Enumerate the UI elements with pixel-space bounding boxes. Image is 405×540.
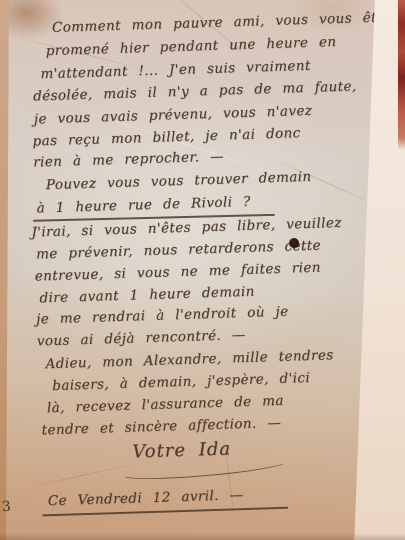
handwritten-line: désolée, mais il n'y a pas de ma faute, (33, 78, 357, 104)
photo-bottom-shadow (0, 533, 405, 540)
ink-blot (289, 238, 299, 248)
handwritten-line: entrevue, si vous ne me faites rien (35, 260, 322, 285)
handwritten-line: Comment mon pauvre ami, vous vous êtes (52, 9, 393, 36)
red-book-edge (398, 0, 405, 150)
handwritten-line: je vous avais prévenu, vous n'avez (34, 103, 313, 128)
letter-paper: Comment mon pauvre ami, vous vous êtes p… (6, 0, 378, 540)
handwritten-line: vous ai déjà rencontré. — (37, 327, 246, 350)
page-number: 3 (1, 499, 11, 516)
handwritten-line: rien à me reprocher. — (33, 149, 224, 171)
handwritten-line: m'attendant !... J'en suis vraiment (40, 58, 311, 82)
letter-photo: Comment mon pauvre ami, vous vous êtes p… (0, 0, 405, 540)
handwritten-line: me prévenir, nous retarderons cette (36, 238, 321, 263)
handwritten-line: pas reçu mon billet, je n'ai donc (32, 125, 301, 149)
handwritten-line: baisers, à demain, j'espère, d'ici (52, 370, 310, 394)
handwritten-line: Adieu, mon Alexandre, mille tendres (45, 347, 334, 372)
handwritten-line: je me rendrai à l'endroit où je (36, 304, 289, 328)
handwriting-layer: Comment mon pauvre ami, vous vous êtes p… (16, 0, 393, 540)
handwritten-line: Pouvez vous vous trouver demain (46, 169, 312, 193)
handwritten-line: là, recevez l'assurance de ma (47, 393, 284, 416)
handwritten-line: dire avant 1 heure demain (39, 284, 255, 307)
dateline: Ce Vendredi 12 avril. — (48, 487, 244, 509)
handwritten-line: promené hier pendant une heure en (45, 34, 336, 59)
handwritten-line: tendre et sincère affection. — (41, 415, 281, 439)
handwritten-line: à 1 heure rue de Rivoli ? (36, 194, 250, 217)
